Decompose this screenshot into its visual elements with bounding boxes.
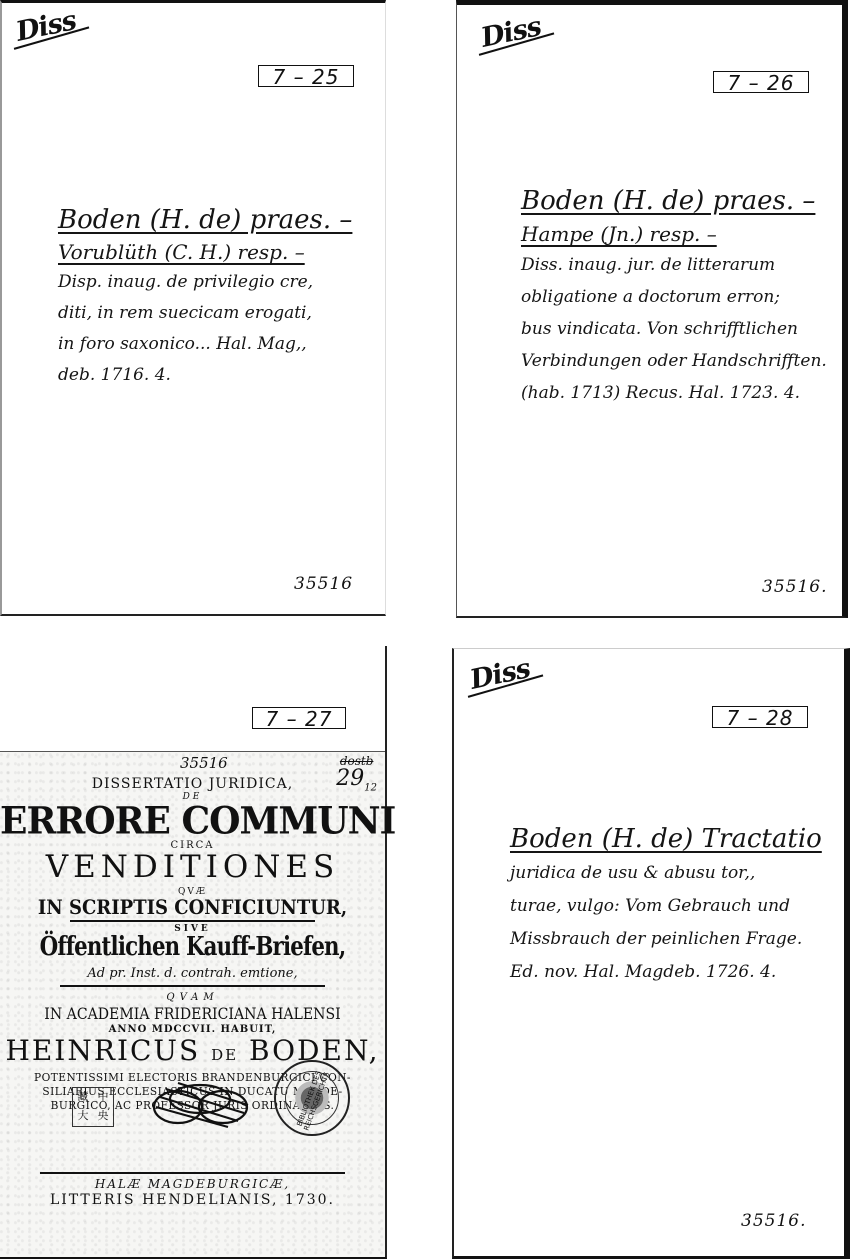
title-page-image: 35516 dostb 2912 DISSERTATIO JURIDICA, D… [0,751,385,1257]
catalog-card-7-26: Diss 7 – 26 Boden (H. de) praes. – Hampe… [456,0,848,618]
imprint-place: HALÆ MAGDEBURGICÆ, [0,1177,385,1191]
handwritten-entry: Boden (H. de) praes. – Vorublüth (C. H.)… [58,203,352,391]
author-name: HEINRICUS DE BODEN, [0,1034,385,1067]
struck-mark: dostb [336,756,377,766]
entry-line: Verbindungen oder Handschrifften. [521,345,827,377]
handwritten-entry: Boden (H. de) praes. – Hampe (Jn.) resp.… [521,183,827,409]
category-mark: Diss [478,11,543,54]
category-mark: Diss [13,5,78,48]
stamp-text: BIBLIOTHEK DES REICHSGERICHTS [294,1064,333,1135]
stamp-char: 大 [73,1107,93,1126]
author-first: HEINRICUS [5,1034,200,1067]
divider [40,1172,345,1174]
stamp-char: 央 [93,1107,113,1126]
entry-line: juridica de usu & abusu tor,, [510,857,822,890]
catalog-card-7-27: 7 – 27 35516 dostb 2912 DISSERTATIO JURI… [0,646,387,1259]
entry-line: Boden (H. de) praes. – [521,183,827,219]
entry-line: turae, vulgo: Vom Gebrauch und [510,890,822,923]
catalog-card-7-28: Diss 7 – 28 Boden (H. de) Tractatio juri… [452,648,850,1259]
entry-line: Boden (H. de) Tractatio [510,821,822,857]
library-stamp-round: BIBLIOTHEK DES REICHSGERICHTS [274,1060,350,1136]
entry-line: deb. 1716. 4. [58,360,352,391]
title-line: DISSERTATIO JURIDICA, [0,776,385,792]
author-particle: DE [211,1046,238,1064]
divider [60,985,325,987]
entry-line: obligatione a doctorum erron; [521,281,827,313]
accession-number: 35516. [741,1211,806,1231]
stamp-char: 中 [93,1088,113,1107]
title-line: IN ACADEMIA FRIDERICIANA HALENSI [23,1004,362,1023]
entry-line: Hampe (Jn.) resp. – [521,219,827,249]
stamp-char: 藏 [73,1088,93,1107]
library-stamp-square: 藏 中 大 央 [72,1087,114,1127]
title-line: VENDITIONES [0,849,385,885]
entry-line: in foro saxonico... Hal. Mag,, [58,329,352,360]
accession-number: 35516. [762,577,827,597]
german-title: Öffentlichen Kauff-Briefen, [35,932,351,962]
title-small: QVAM [0,992,385,1003]
title-main: ERRORE COMMUNI [0,799,385,843]
entry-line: Disp. inaug. de privilegio cre, [58,267,352,298]
accession-number: 35516 [180,754,228,772]
entry-line: Missbrauch der peinlichen Frage. [510,923,822,956]
imprint-printer: LITTERIS HENDELIANIS, 1730. [0,1192,385,1208]
call-number: 7 – 27 [252,707,346,729]
category-mark: Diss [467,653,532,696]
entry-line: bus vindicata. Von schrifftlichen [521,313,827,345]
call-number: 7 – 28 [712,706,808,728]
handwritten-entry: Boden (H. de) Tractatio juridica de usu … [510,821,822,989]
accession-number: 35516 [294,574,353,594]
title-line: IN SCRIPTIS CONFICIUNTUR, [19,895,366,919]
entry-line: Ed. nov. Hal. Magdeb. 1726. 4. [510,956,822,989]
entry-line: diti, in rem suecicam erogati, [58,298,352,329]
entry-line: (hab. 1713) Recus. Hal. 1723. 4. [521,377,827,409]
catalog-card-7-25: Diss 7 – 25 Boden (H. de) praes. – Vorub… [0,0,386,616]
entry-line: Diss. inaug. jur. de litterarum [521,249,827,281]
divider [70,920,315,922]
entry-line: Boden (H. de) praes. – [58,203,352,237]
ornament-icon [148,1077,253,1129]
call-number: 7 – 26 [713,71,809,93]
call-number: 7 – 25 [258,65,354,87]
entry-line: Vorublüth (C. H.) resp. – [58,237,352,267]
title-line: Ad pr. Inst. d. contrah. emtione, [0,966,385,981]
